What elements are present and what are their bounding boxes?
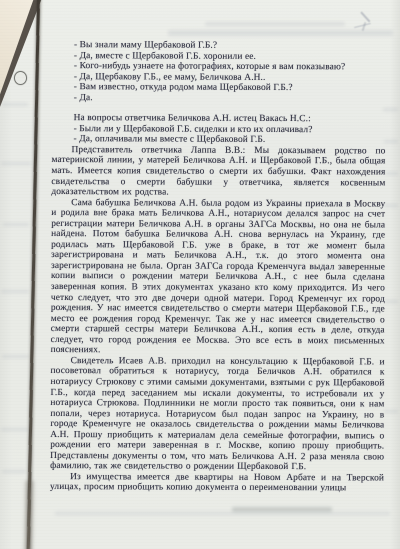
paragraph-witness-isaev: Свидетель Исаев А.В. приходил на консуль… [50, 356, 385, 473]
scanned-document-page: - Вы знали маму Щербаковой Г.Б.? - Да, в… [0, 0, 400, 549]
bleedthrough-smudge [232, 507, 332, 512]
qa-block-vakas: - Были ли у Щербаковой Г.Б. сиделки и кт… [52, 124, 386, 147]
bleedthrough-smudge [3, 223, 29, 226]
qa-block-initial: - Вы знали маму Щербаковой Г.Б.? - Да, в… [52, 40, 386, 105]
bleedthrough-smudge [386, 172, 398, 175]
bleedthrough-smudge [1, 428, 29, 431]
bleedthrough-smudge [1, 162, 31, 165]
paragraph-representative-lappa: Представитель ответчика Лаппа В.В.: Мы д… [51, 145, 385, 199]
bleedthrough-smudge [384, 140, 398, 143]
hole-punch-mark [14, 71, 27, 85]
bleedthrough-smudge [384, 410, 398, 413]
bleedthrough-smudge [168, 30, 393, 36]
bleedthrough-smudge [205, 22, 345, 26]
paragraph-grandmother-history: Сама бабушка Беличкова А.Н. была родом и… [51, 198, 386, 358]
bleedthrough-smudge [1, 290, 29, 293]
qa-line: - Вам известно, откуда родом мама Щербак… [74, 82, 386, 94]
qa-line: - Вы знали маму Щербаковой Г.Б.? [74, 40, 386, 52]
bleedthrough-smudge [384, 204, 398, 207]
paragraph-property: Из имущества имеется две квартиры на Нов… [50, 472, 384, 495]
bleedthrough-smudge [2, 355, 29, 358]
bleedthrough-smudge [2, 103, 28, 106]
bleedthrough-smudge [55, 512, 390, 515]
bleedthrough-smudge [2, 470, 26, 473]
binding-edge-line [27, 0, 40, 549]
bleedthrough-smudge [385, 300, 398, 303]
document-text: - Вы знали маму Щербаковой Г.Б.? - Да, в… [50, 40, 386, 494]
pencil-mark [361, 11, 371, 22]
